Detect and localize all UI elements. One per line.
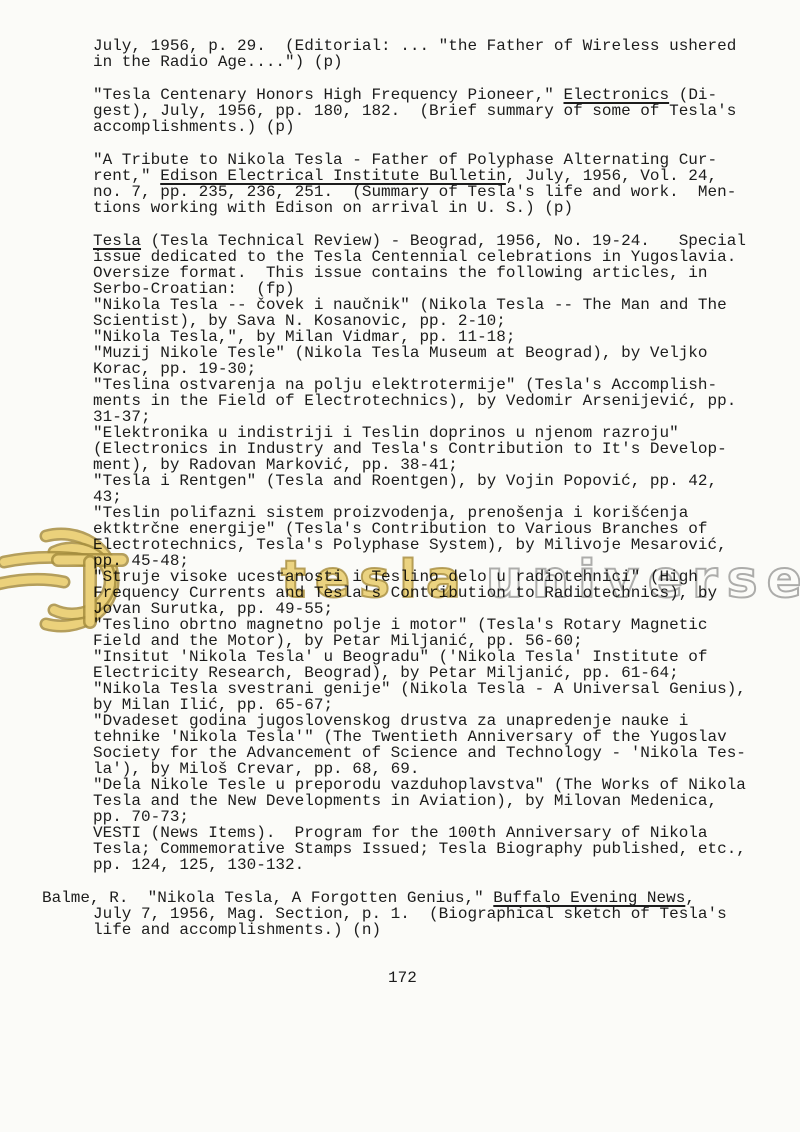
text-line: Society for the Advancement of Science a… xyxy=(0,745,800,761)
text-segment: tions working with Edison on arrival in … xyxy=(93,199,573,217)
text-line: by Milan Ilić, pp. 65-67; xyxy=(0,697,800,713)
page-number: 172 xyxy=(388,970,417,986)
text-line: rent," Edison Electrical Institute Bulle… xyxy=(0,168,800,184)
text-line: (Electronics in Industry and Tesla's Con… xyxy=(0,441,800,457)
text-line: "A Tribute to Nikola Tesla - Father of P… xyxy=(0,152,800,168)
text-segment: "Tesla i Rentgen" (Tesla and Roentgen), … xyxy=(93,472,717,490)
text-line: Tesla (Tesla Technical Review) - Beograd… xyxy=(0,233,800,249)
text-line: "Tesla i Rentgen" (Tesla and Roentgen), … xyxy=(0,473,800,489)
bibliography-entry: Balme, R. "Nikola Tesla, A Forgotten Gen… xyxy=(0,890,800,938)
text-line: accomplishments.) (p) xyxy=(0,119,800,135)
text-line: "Tesla Centenary Honors High Frequency P… xyxy=(0,87,800,103)
text-line: tehnike 'Nikola Tesla'" (The Twentieth A… xyxy=(0,729,800,745)
text-line: "Nikola Tesla -- čovek i naučnik" (Nikol… xyxy=(0,297,800,313)
text-line: "Teslin polifazni sistem proizvodenja, p… xyxy=(0,505,800,521)
text-line: 43; xyxy=(0,489,800,505)
bibliography-entry: "Tesla Centenary Honors High Frequency P… xyxy=(0,87,800,135)
text-line: July 7, 1956, Mag. Section, p. 1. (Biogr… xyxy=(0,906,800,922)
text-line: "Muzij Nikole Tesle" (Nikola Tesla Museu… xyxy=(0,345,800,361)
text-line: tions working with Edison on arrival in … xyxy=(0,200,800,216)
text-segment: in the Radio Age....") (p) xyxy=(93,53,343,71)
text-line: la'), by Miloš Crevar, pp. 68, 69. xyxy=(0,761,800,777)
bibliography-entry: Tesla (Tesla Technical Review) - Beograd… xyxy=(0,233,800,873)
text-line: July, 1956, p. 29. (Editorial: ... "the … xyxy=(0,38,800,54)
bibliography-entry: July, 1956, p. 29. (Editorial: ... "the … xyxy=(0,38,800,70)
text-line: Tesla and the New Developments in Aviati… xyxy=(0,793,800,809)
text-line: Electrotechnics, Tesla's Polyphase Syste… xyxy=(0,537,800,553)
text-line: Tesla; Commemorative Stamps Issued; Tesl… xyxy=(0,841,800,857)
text-line: pp. 70-73; xyxy=(0,809,800,825)
text-line: pp. 124, 125, 130-132. xyxy=(0,857,800,873)
text-segment: accomplishments.) (p) xyxy=(93,118,295,136)
text-line: Serbo-Croatian: (fp) xyxy=(0,281,800,297)
text-line: in the Radio Age....") (p) xyxy=(0,54,800,70)
text-line: Scientist), by Sava N. Kosanovic, pp. 2-… xyxy=(0,313,800,329)
text-segment: pp. 124, 125, 130-132. xyxy=(93,856,304,874)
text-segment: life and accomplishments.) (n) xyxy=(93,921,381,939)
text-line: Oversize format. This issue contains the… xyxy=(0,265,800,281)
text-line: ments in the Field of Electrotechnics), … xyxy=(0,393,800,409)
text-line: "Elektronika u indistriji i Teslin dopri… xyxy=(0,425,800,441)
text-line: life and accomplishments.) (n) xyxy=(0,922,800,938)
text-line: Korac, pp. 19-30; xyxy=(0,361,800,377)
bibliography-entry: "A Tribute to Nikola Tesla - Father of P… xyxy=(0,152,800,216)
text-line: "Teslino obrtno magnetno polje i motor" … xyxy=(0,617,800,633)
text-line: "Dela Nikole Tesle u preporodu vazduhopl… xyxy=(0,777,800,793)
bibliography-entries: July, 1956, p. 29. (Editorial: ... "the … xyxy=(0,38,800,955)
text-line: issue dedicated to the Tesla Centennial … xyxy=(0,249,800,265)
text-line: Frequency Currents and Tesla's Contribut… xyxy=(0,585,800,601)
text-line: "Nikola Tesla,", by Milan Vidmar, pp. 11… xyxy=(0,329,800,345)
text-line: "Dvadeset godina jugoslovenskog drustva … xyxy=(0,713,800,729)
text-line: no. 7, pp. 235, 236, 251. (Summary of Te… xyxy=(0,184,800,200)
text-line: VESTI (News Items). Program for the 100t… xyxy=(0,825,800,841)
text-line: "Insitut 'Nikola Tesla' u Beogradu" ('Ni… xyxy=(0,649,800,665)
text-line: "Struje visoke ucestanosti i Teslino del… xyxy=(0,569,800,585)
text-line: Electricity Research, Beograd), by Petar… xyxy=(0,665,800,681)
text-line: gest), July, 1956, pp. 180, 182. (Brief … xyxy=(0,103,800,119)
text-line: ektktrčne energije" (Tesla's Contributio… xyxy=(0,521,800,537)
text-line: Jovan Surutka, pp. 49-55; xyxy=(0,601,800,617)
text-line: "Nikola Tesla svestrani genije" (Nikola … xyxy=(0,681,800,697)
text-line: 31-37; xyxy=(0,409,800,425)
text-line: Balme, R. "Nikola Tesla, A Forgotten Gen… xyxy=(0,890,800,906)
text-line: ment), by Radovan Marković, pp. 38-41; xyxy=(0,457,800,473)
text-line: Field and the Motor), by Petar Miljanić,… xyxy=(0,633,800,649)
text-segment: ments in the Field of Electrotechnics), … xyxy=(93,392,736,410)
text-line: pp. 45-48; xyxy=(0,553,800,569)
document-page: { "page": { "number": "172" }, "watermar… xyxy=(0,0,800,1132)
text-line: "Teslina ostvarenja na polju elektroterm… xyxy=(0,377,800,393)
